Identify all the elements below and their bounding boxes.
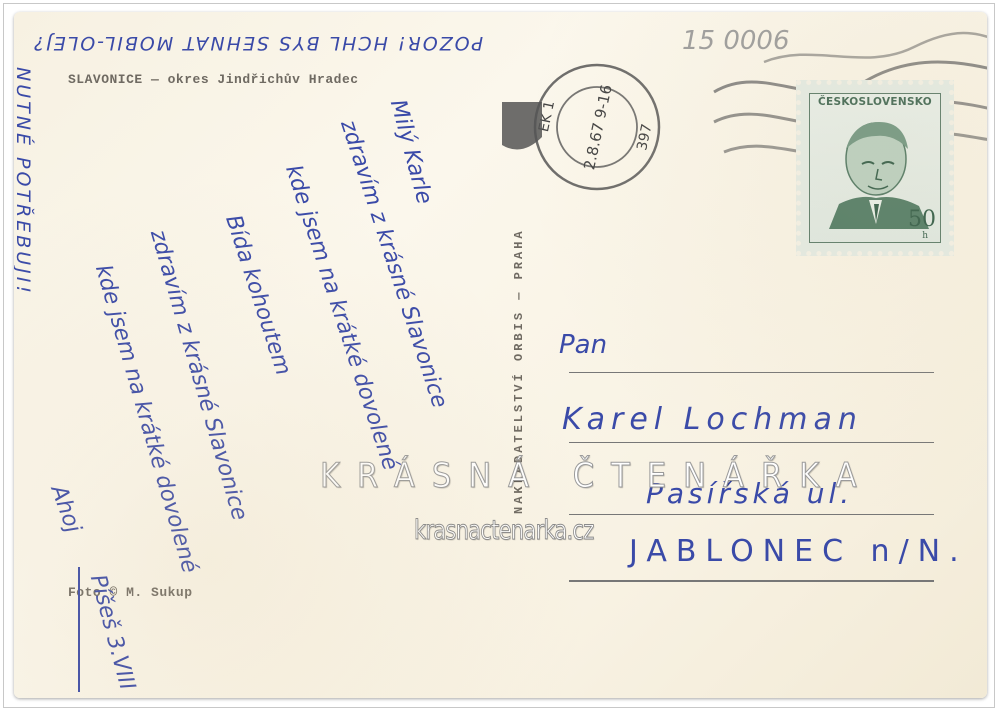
address-line-4: [569, 580, 934, 582]
message-line: Ahoj: [46, 482, 86, 536]
address-line-1: [569, 372, 934, 373]
address-name: Karel Lochman: [562, 402, 863, 437]
address-line-3: [569, 514, 934, 515]
watermark-title: KRÁSNÁ ČTENÁŘKA: [320, 456, 874, 496]
watermark-url: krasnactenarka.cz: [414, 515, 593, 546]
postcard: POZOR! HCHL BYS SEHNAT MOBIL-OLEJ? SLAVO…: [14, 12, 987, 698]
stamp-value: 50: [908, 207, 936, 232]
stamp-country: ČESKOSLOVENSKO: [810, 96, 940, 108]
message-line: Bída kohoutem: [220, 212, 295, 378]
printed-caption: SLAVONICE — okres Jindřichův Hradec: [68, 72, 359, 87]
svg-text:2.8.67 9-16: 2.8.67 9-16: [580, 83, 616, 171]
address-salutation: Pan: [559, 330, 607, 360]
address-city: JABLONEC n/N.: [629, 534, 968, 569]
ink-stroke: [78, 567, 80, 692]
handwritten-top-note: POZOR! HCHL BYS SEHNAT MOBIL-OLEJ?: [32, 32, 483, 54]
postmark: 2.8.67 9-16 397 EK 1: [502, 52, 672, 202]
postage-stamp: ČESKOSLOVENSKO 50 h: [796, 80, 954, 256]
message-line: Milý Karle: [385, 97, 437, 207]
handwritten-margin-note: NUTNÉ POTŘEBUJI!: [14, 67, 34, 296]
stamp-unit: h: [922, 231, 928, 241]
address-line-2: [569, 442, 934, 443]
